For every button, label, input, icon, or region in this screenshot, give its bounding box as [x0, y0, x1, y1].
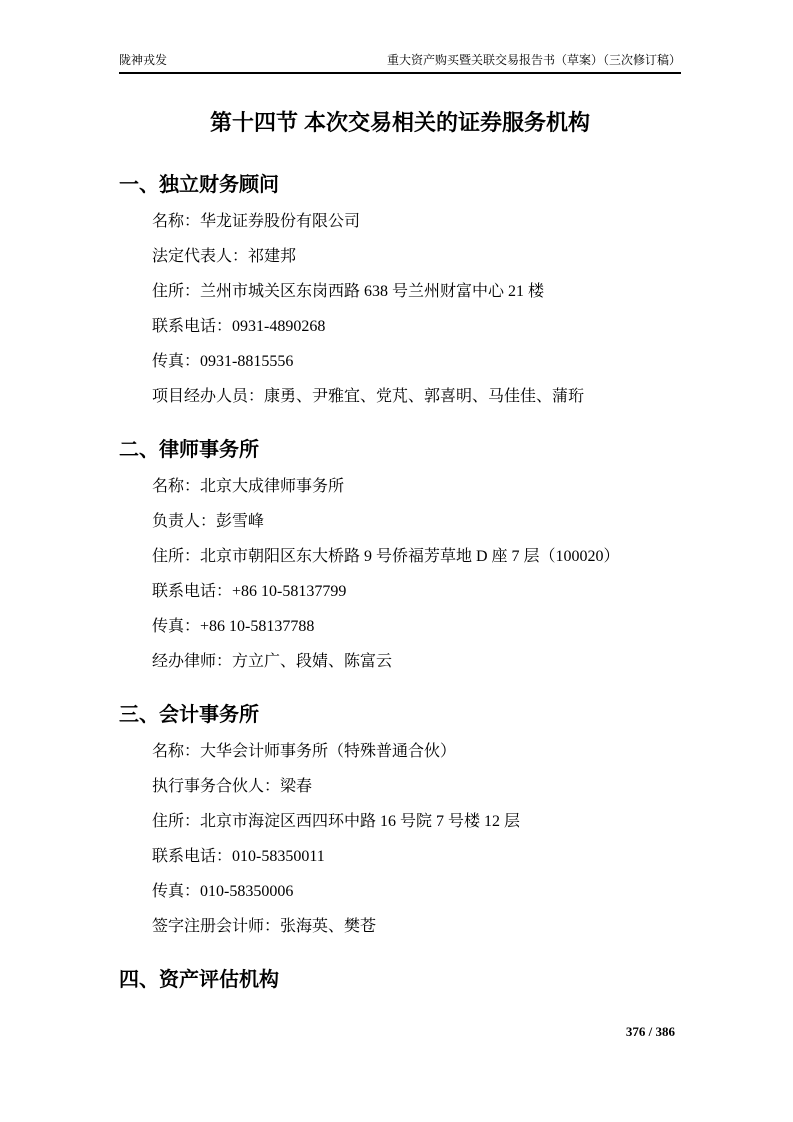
detail-line: 联系电话：0931-4890268 — [152, 317, 681, 337]
detail-line: 住所：北京市朝阳区东大桥路 9 号侨福芳草地 D 座 7 层（100020） — [152, 547, 681, 567]
detail-line: 名称：大华会计师事务所（特殊普通合伙） — [152, 742, 681, 762]
section-asset-appraisal: 四、资产评估机构 — [119, 967, 681, 993]
header-right-text: 重大资产购买暨关联交易报告书（草案）（三次修订稿） — [387, 52, 681, 68]
page-title: 第十四节 本次交易相关的证券服务机构 — [119, 108, 681, 138]
document-page: 陇神戎发 重大资产购买暨关联交易报告书（草案）（三次修订稿） 第十四节 本次交易… — [0, 0, 793, 1122]
detail-line: 联系电话：+86 10-58137799 — [152, 582, 681, 602]
detail-line: 名称：北京大成律师事务所 — [152, 477, 681, 497]
section-law-firm: 二、律师事务所 名称：北京大成律师事务所 负责人：彭雪峰 住所：北京市朝阳区东大… — [119, 437, 681, 672]
detail-line: 项目经办人员：康勇、尹雅宜、党芃、郭喜明、马佳佳、蒲珩 — [152, 387, 681, 407]
section-heading: 一、独立财务顾问 — [119, 172, 681, 198]
detail-line: 住所：北京市海淀区西四环中路 16 号院 7 号楼 12 层 — [152, 812, 681, 832]
header-left-text: 陇神戎发 — [119, 52, 167, 68]
section-heading: 四、资产评估机构 — [119, 967, 681, 993]
section-independent-financial-advisor: 一、独立财务顾问 名称：华龙证券股份有限公司 法定代表人：祁建邦 住所：兰州市城… — [119, 172, 681, 407]
detail-line: 住所：兰州市城关区东岗西路 638 号兰州财富中心 21 楼 — [152, 282, 681, 302]
detail-line: 签字注册会计师：张海英、樊苍 — [152, 917, 681, 937]
page-number: 376 / 386 — [626, 1024, 675, 1040]
page-header: 陇神戎发 重大资产购买暨关联交易报告书（草案）（三次修订稿） — [119, 52, 681, 74]
detail-line: 执行事务合伙人：梁春 — [152, 777, 681, 797]
detail-line: 名称：华龙证券股份有限公司 — [152, 212, 681, 232]
detail-line: 传真：0931-8815556 — [152, 352, 681, 372]
section-heading: 二、律师事务所 — [119, 437, 681, 463]
page-content: 陇神戎发 重大资产购买暨关联交易报告书（草案）（三次修订稿） 第十四节 本次交易… — [119, 0, 681, 1007]
detail-line: 法定代表人：祁建邦 — [152, 247, 681, 267]
detail-line: 传真：010-58350006 — [152, 882, 681, 902]
section-accounting-firm: 三、会计事务所 名称：大华会计师事务所（特殊普通合伙） 执行事务合伙人：梁春 住… — [119, 702, 681, 937]
detail-line: 负责人：彭雪峰 — [152, 512, 681, 532]
section-heading: 三、会计事务所 — [119, 702, 681, 728]
detail-line: 传真：+86 10-58137788 — [152, 617, 681, 637]
detail-line: 经办律师：方立广、段婧、陈富云 — [152, 652, 681, 672]
detail-line: 联系电话：010-58350011 — [152, 847, 681, 867]
